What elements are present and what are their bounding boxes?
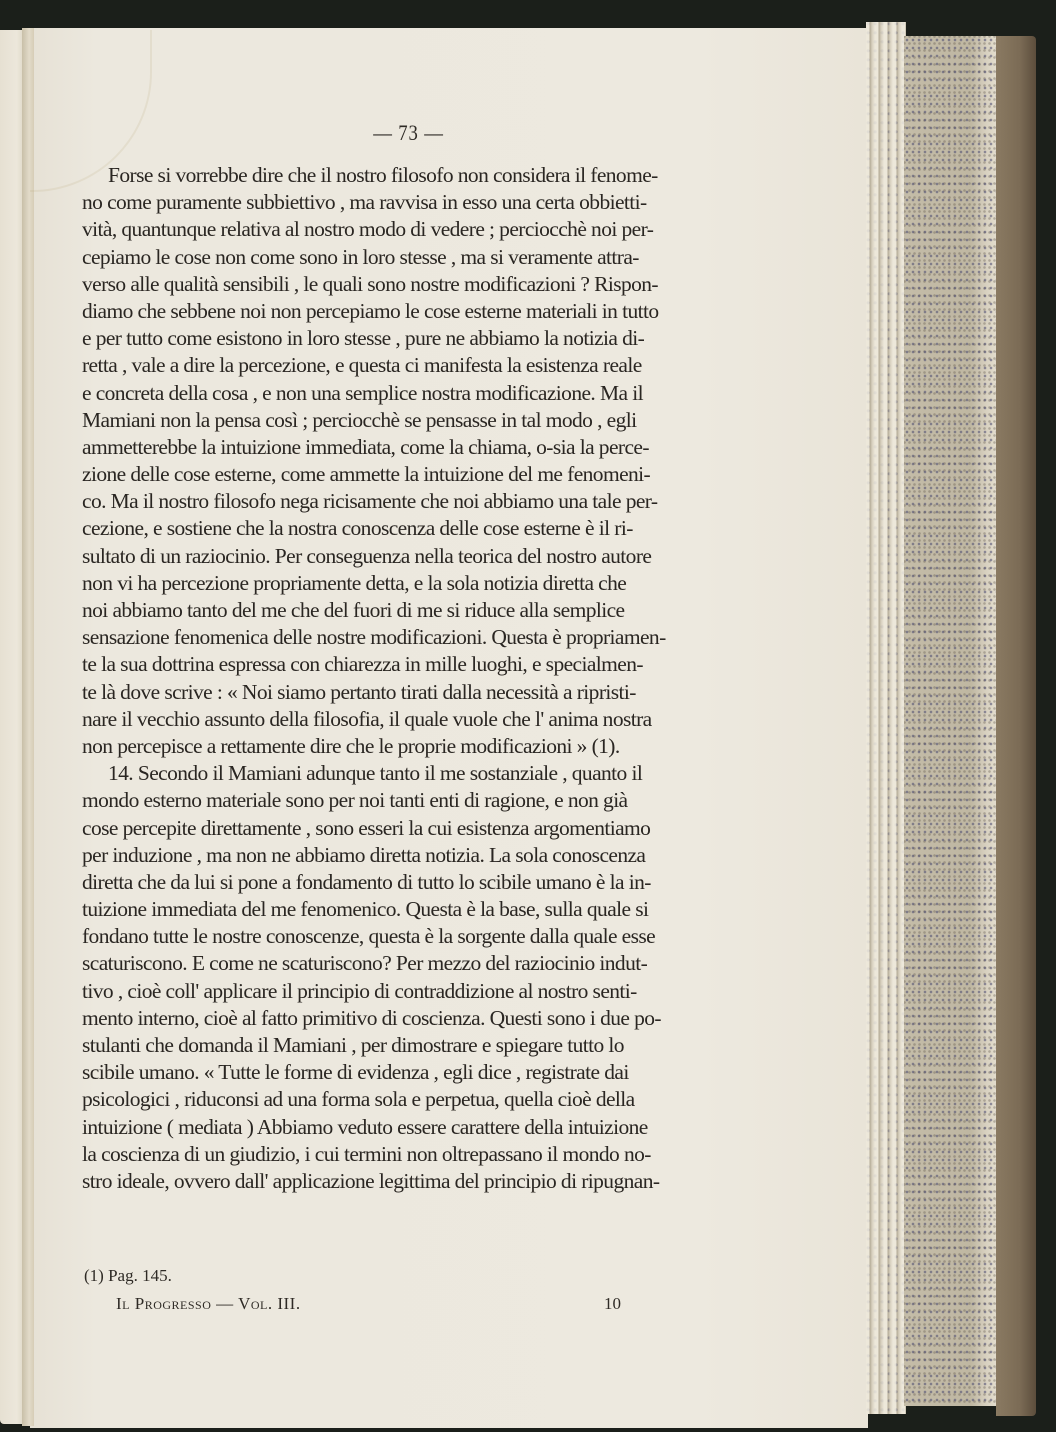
text-line: mondo esterno materiale sono per noi tan… — [82, 787, 735, 814]
book-gutter — [22, 28, 34, 1426]
text-line: 14. Secondo il Mamiani adunque tanto il … — [82, 760, 735, 787]
text-line: te là dove scrive : « Noi siamo pertanto… — [82, 679, 735, 706]
text-line: vità, quantunque relativa al nostro modo… — [82, 216, 735, 243]
sheet-number: 10 — [604, 1294, 621, 1314]
text-line: scaturiscono. E come ne scaturiscono? Pe… — [82, 950, 735, 977]
speckled-text-block-edge — [904, 36, 1000, 1406]
text-line: noi abbiamo tanto del me che del fuori d… — [82, 597, 735, 624]
text-line: fondano tutte le nostre conoscenze, ques… — [82, 923, 735, 950]
text-line: mento interno, cioè al fatto primitivo d… — [82, 1005, 735, 1032]
text-line: ammetterebbe la intuizione immediata, co… — [82, 434, 735, 461]
text-line: zione delle cose esterne, come ammette l… — [82, 461, 735, 488]
signature-line: Il Progresso — Vol. III. — [116, 1294, 301, 1314]
text-line: e concreta della cosa , e non una sempli… — [82, 380, 735, 407]
page-stack-edges — [866, 22, 906, 1414]
text-line: Forse si vorrebbe dire che il nostro fil… — [82, 162, 735, 189]
text-line: co. Ma il nostro filosofo nega ricisamen… — [82, 488, 735, 515]
text-line: non percepisce a rettamente dire che le … — [82, 733, 735, 760]
text-line: diamo che sebbene noi non percepiamo le … — [82, 298, 735, 325]
text-line: stro ideale, ovvero dall' applicazione l… — [82, 1168, 735, 1195]
text-line: nare il vecchio assunto della filosofia,… — [82, 706, 735, 733]
footnote: (1) Pag. 145. — [84, 1266, 172, 1286]
text-line: cepiamo le cose non come sono in loro st… — [82, 244, 735, 271]
text-line: verso alle qualità sensibili , le quali … — [82, 271, 735, 298]
text-line: stulanti che domanda il Mamiani , per di… — [82, 1032, 735, 1059]
text-line: psicologici , riduconsi ad una forma sol… — [82, 1086, 735, 1113]
text-line: tuizione immediata del me fenomenico. Qu… — [82, 896, 735, 923]
text-line: Mamiani non la pensa così ; perciocchè s… — [82, 407, 735, 434]
text-line: intuizione ( mediata ) Abbiamo veduto es… — [82, 1114, 735, 1141]
text-line: diretta che da lui si pone a fondamento … — [82, 869, 735, 896]
book-cover — [996, 36, 1036, 1416]
text-line: no come puramente subbiettivo , ma ravvi… — [82, 189, 735, 216]
text-line: per induzione , ma non ne abbiamo dirett… — [82, 842, 735, 869]
text-line: e per tutto come esistono in loro stesse… — [82, 325, 735, 352]
text-line: scibile umano. « Tutte le forme di evide… — [82, 1059, 735, 1086]
body-text: Forse si vorrebbe dire che il nostro fil… — [82, 162, 735, 1195]
text-line: cezione, e sostiene che la nostra conosc… — [82, 515, 735, 542]
text-line: retta , vale a dire la percezione, e que… — [82, 352, 735, 379]
text-line: te la sua dottrina espressa con chiarezz… — [82, 651, 735, 678]
text-line: sensazione fenomenica delle nostre modif… — [82, 624, 735, 651]
page-number: — 73 — — [131, 120, 686, 146]
text-line: sultato di un raziocinio. Per conseguenz… — [82, 543, 735, 570]
text-line: tivo , cioè coll' applicare il principio… — [82, 978, 735, 1005]
text-line: la coscienza di un giudizio, i cui termi… — [82, 1141, 735, 1168]
text-line: non vi ha percezione propriamente detta,… — [82, 570, 735, 597]
text-line: cose percepite direttamente , sono esser… — [82, 815, 735, 842]
